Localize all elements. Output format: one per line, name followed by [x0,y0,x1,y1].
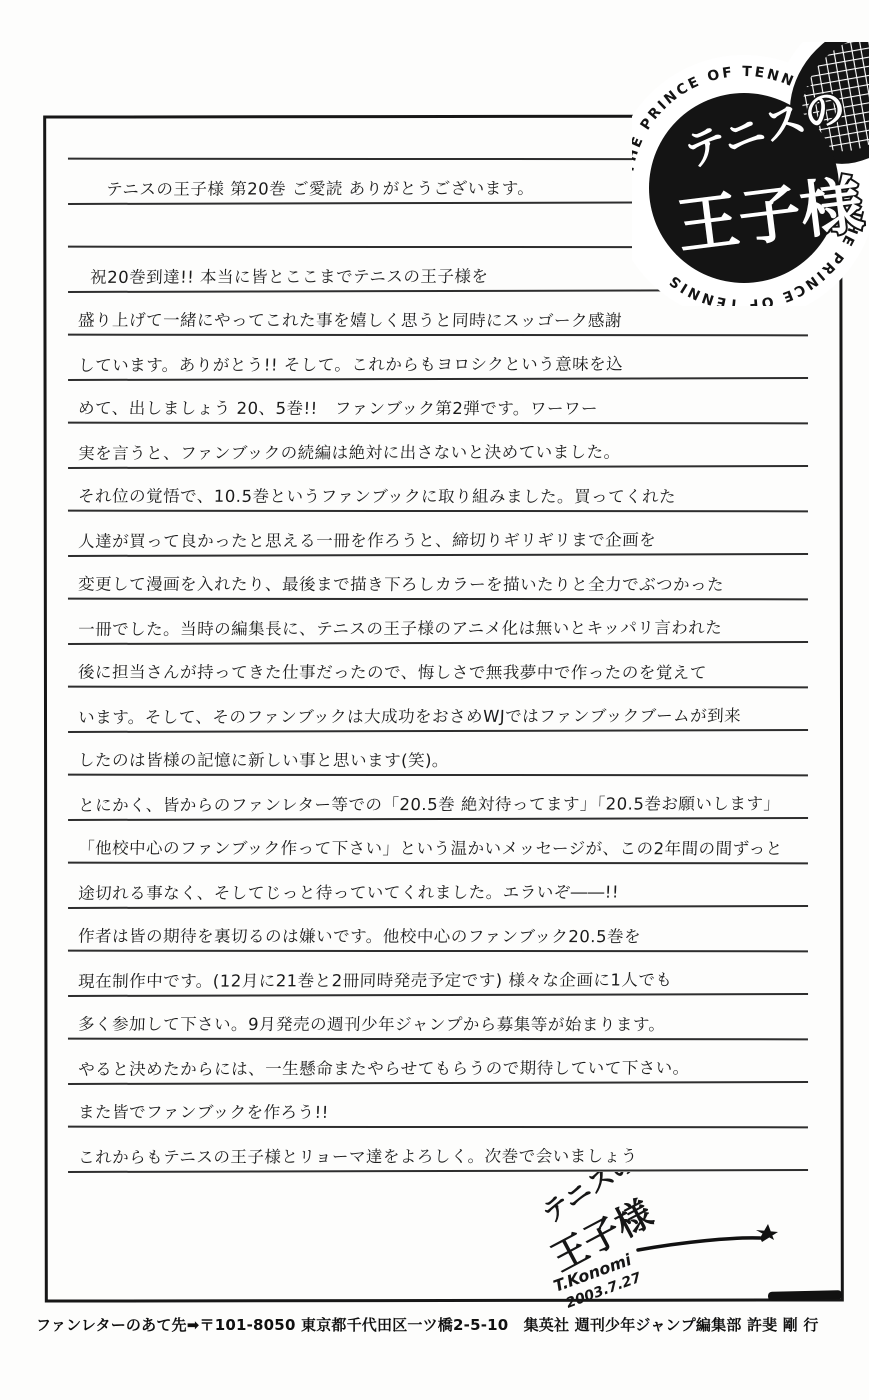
letter-line: 多く参加して下さい。9月発売の週刊少年ジャンプから募集等が始まります。 [68,998,808,1041]
letter-line-text: これからもテニスの王子様とリョーマ達をよろしく。次巻で会いましょう [68,1148,638,1171]
letter-line-text: 実を言うと、ファンブックの続編は絶対に出さないと決めていました。 [68,444,621,467]
letter-line: したのは皆様の記憶に新しい事と思います(笑)。 [68,734,808,777]
prince-of-tennis-logo: THE PRINCE OF TENNIS THE PRINCE OF TENNI… [632,42,869,306]
letter-line-text: 現在制作中です。(12月に21巻と2冊同時発売予定です) 様々な企画に1人でも [68,972,673,995]
fan-letter-address: ファンレターのあて先➡〒101-8050 東京都千代田区一ツ橋2-5-10 集英… [36,1314,842,1335]
letter-line-text: 盛り上げて一緒にやってこれた事を嬉しく思うと同時にスッゴーク感謝 [68,312,623,334]
letter-line: また皆でファンブックを作ろう!! [68,1086,808,1129]
letter-line: とにかく、皆からのファンレター等での「20.5巻 絶対待ってます」「20.5巻お… [68,777,808,821]
letter-line-text: したのは皆様の記憶に新しい事と思います(笑)。 [68,752,450,774]
letter-line-text: 人達が買って良かったと思える一冊を作ろうと、締切りギリギリまで企画を [68,532,657,555]
letter-line-text: います。そして、そのファンブックは大成功をおさめWJではファンブックブームが到来 [68,708,742,731]
letter-line-text: 多く参加して下さい。9月発売の週刊少年ジャンプから募集等が始まります。 [68,1016,666,1038]
letter-line-text: 一冊でした。当時の編集長に、テニスの王子様のアニメ化は無いとキッパリ言われた [68,620,723,643]
letter-line-text: やると決めたからには、一生懸命またやらせてもらうので期待していて下さい。 [68,1060,690,1083]
letter-line-text: めて、出しましょう 20、5巻!! ファンブック第2弾です。ワーワー [68,400,599,422]
signature-flourish [638,1238,760,1250]
letter-line-text: テニスの王子様 第20巻 ご愛読 ありがとうございます。 [68,180,535,203]
manga-afterword-page: テニスの王子様 第20巻 ご愛読 ありがとうございます。 祝20巻到達!! 本当… [0,0,869,1400]
letter-line-text: 変更して漫画を入れたり、最後まで描き下ろしカラーを描いたりと全力でぶつかった [68,576,725,598]
letter-line-text [68,241,78,246]
letter-line: 人達が買って良かったと思える一冊を作ろうと、締切りギリギリまで企画を [68,513,808,557]
letter-line: 途切れる事なく、そしてじっと待っていてくれました。エラいぞ――!! [68,865,808,909]
letter-line-text: 「他校中心のファンブック作って下さい」という温かいメッセージが、この2年間の間ず… [68,840,783,862]
letter-line-text: しています。ありがとう!! そして。これからもヨロシクという意味を込 [68,356,624,379]
letter-line: やると決めたからには、一生懸命またやらせてもらうので期待していて下さい。 [68,1041,808,1085]
letter-line: 一冊でした。当時の編集長に、テニスの王子様のアニメ化は無いとキッパリ言われた [68,601,808,645]
letter-line: います。そして、そのファンブックは大成功をおさめWJではファンブックブームが到来 [68,689,808,733]
letter-line: しています。ありがとう!! そして。これからもヨロシクという意味を込 [68,337,808,381]
letter-line: 現在制作中です。(12月に21巻と2冊同時発売予定です) 様々な企画に1人でも [68,953,808,997]
letter-line-text: 作者は皆の期待を裏切るのは嫌いです。他校中心のファンブック20.5巻を [68,928,642,950]
author-signature: テニスの 王子様 T.Konomi 2003.7.27 [498,1172,848,1312]
letter-line: これからもテニスの王子様とリョーマ達をよろしく。次巻で会いましょう [68,1129,808,1173]
letter-line-text: 祝20巻到達!! 本当に皆とここまでテニスの王子様を [68,268,489,291]
letter-line-text: 後に担当さんが持ってきた仕事だったので、悔しさで無我夢中で作ったのを覚えて [68,664,707,686]
letter-line-text: また皆でファンブックを作ろう!! [68,1104,330,1126]
letter-line: 実を言うと、ファンブックの続編は絶対に出さないと決めていました。 [68,425,808,469]
letter-line: それ位の覚悟で、10.5巻というファンブックに取り組みました。買ってくれた [68,470,808,513]
letter-line-text: それ位の覚悟で、10.5巻というファンブックに取り組みました。買ってくれた [68,488,677,510]
letter-line-text: 途切れる事なく、そしてじっと待っていてくれました。エラいぞ――!! [68,884,620,907]
letter-line: 「他校中心のファンブック作って下さい」という温かいメッセージが、この2年間の間ず… [68,822,808,865]
letter-line-text [68,153,78,158]
letter-line-text: とにかく、皆からのファンレター等での「20.5巻 絶対待ってます」「20.5巻お… [68,796,781,819]
letter-line: 変更して漫画を入れたり、最後まで描き下ろしカラーを描いたりと全力でぶつかった [68,558,808,601]
letter-line: めて、出しましょう 20、5巻!! ファンブック第2弾です。ワーワー [68,382,808,425]
letter-line: 作者は皆の期待を裏切るのは嫌いです。他校中心のファンブック20.5巻を [68,910,808,953]
letter-line: 後に担当さんが持ってきた仕事だったので、悔しさで無我夢中で作ったのを覚えて [68,646,808,689]
